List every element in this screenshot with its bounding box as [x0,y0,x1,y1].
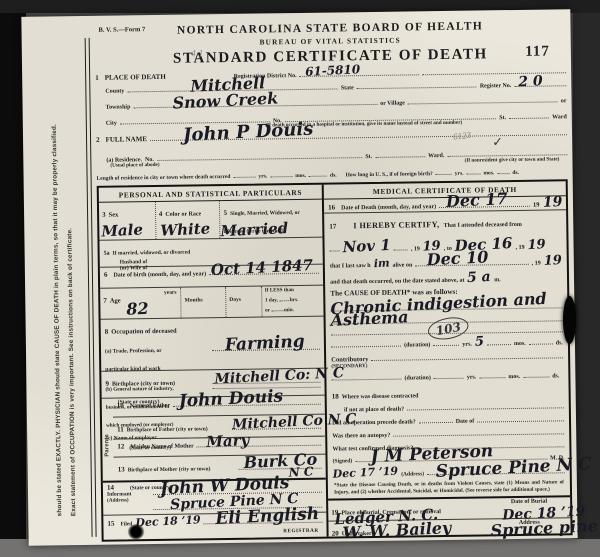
age-months-cell: Months [180,287,225,318]
state-label: State [341,85,354,91]
burial-date-label: Date of Burial [491,498,567,505]
occupation-label: Occupation of deceased [111,328,176,336]
form-number: B. V. S.—Form 7 [98,26,145,34]
duration-ds: ds. [556,340,563,346]
item-7-number: 7 [103,297,107,305]
residence-ward-line [447,147,567,157]
year-printed-2: , 19 [516,245,525,251]
mother-bp-value2: N C [289,468,314,479]
age-row: 7Age years 82 Months Days If LESS than 1… [100,286,324,320]
father-value: John Douis [179,391,284,410]
county-label: County [105,88,124,94]
dotted-line [497,166,509,174]
or-label: or [561,98,567,104]
place-of-death-section: 1 PLACE OF DEATH Registration District N… [95,65,568,183]
item-8-number: 8 [105,328,109,336]
dotted-line [436,167,452,175]
certificate-number-stamp: 117 [525,43,550,60]
dod-label: Date of Death (month, day, and year) [341,204,436,211]
dod-line: Dec 17 [439,199,530,208]
dotted-line [487,337,511,345]
father-bp-line: Mitchell Co N C [232,421,321,430]
certify-block: 17 I HEREBY CERTIFY, That I attended dec… [324,210,567,297]
age-min: min. [284,307,294,313]
dob-value: Oct 14 1847 [211,259,314,276]
parents-block: Parents 10 Name of Father John Douis 11B… [102,396,326,483]
signed-address-row: Dec 17 ’19 (Address) Spruce Pine N C [328,461,570,478]
village-line [408,94,558,104]
age-days-cell: Days [225,287,261,317]
contributory-line [371,350,563,361]
ds-label: ds. [330,172,337,178]
township-label: Township [106,104,131,110]
register-no-line: 2 0 [514,78,566,87]
signed-address-line: Spruce Pine N C [427,465,565,475]
dotted-line [270,169,292,177]
undertaker-cell: 20Undertaker W. W. Bailey [328,519,488,541]
year-printed-3: , 19 [532,260,541,266]
item-10-number: 10 [117,401,124,409]
last-seen-year: 19 [543,256,562,267]
sex-value: Male [101,223,143,237]
st-label: St. [499,115,506,121]
parents-vertical-label: Parents [104,434,110,457]
occupation-row: 8Occupation of deceased (a) Trade, Profe… [101,317,325,372]
ward-label: Ward [552,114,567,120]
duration-mos: mos. [514,341,526,347]
occupation-value: Farming [225,336,305,353]
certificate-body-table: PERSONAL AND STATISTICAL PARTICULARS 3Se… [97,179,573,542]
burial-place-cell: 19Place of Burial, Cremation, or removal… [328,498,488,520]
residence-ward-label: Ward. [428,153,444,159]
contributory-label: Contributory [331,356,368,364]
birthplace-label: Birthplace (city or town) [112,381,175,388]
age-days-label: Days [229,297,241,303]
registrar-label: REGISTRAR [283,528,318,534]
dotted-line [279,293,289,301]
item-5-number: 5 [223,209,227,217]
hour-of-death-value: 5 a [467,272,491,284]
marital2-line1: If married, widowed, or divorced [113,250,191,257]
him-written: im [373,259,389,269]
residence-line [157,150,363,161]
item-11-number: 11 [117,425,124,433]
dotted-line [434,370,464,378]
m-label: m. [494,277,501,283]
howlong-label: How long in U. S., if of foreign birth? [346,171,433,178]
last-seen-line: Dec 10 [415,256,529,266]
certificate-content: B. V. S.—Form 7 NORTH CAROLINA STATE BOA… [94,13,572,541]
dotted-line [529,337,553,345]
occurred-label: and that death occurred, on the date sta… [330,278,464,286]
informant-label-block: 14 Informant (Address) [107,483,151,514]
undertaker-value: W. W. Bailey [342,522,451,540]
mos-label-2: mos. [483,170,494,176]
father-bp-label: Birthplace of Father (city or town) [127,426,208,433]
mother-line: Mary [197,438,322,448]
sex-cell: 3Sex Male [99,202,155,240]
ds-label-2: ds. [512,170,519,176]
q18-line [407,400,564,410]
filed-date: Dec 18 ’19 [135,516,201,528]
scan-edge-blob [563,296,576,344]
item-4-number: 4 [159,210,163,218]
duration-label: (duration) [404,342,430,348]
burial-date-cell: Date of Burial Dec 18 ’19 [488,497,571,518]
age-or: or [265,307,270,313]
burial-row: 19Place of Burial, Cremation, or removal… [328,495,570,520]
medical-column: MEDICAL CERTIFICATE OF DEATH 16 Date of … [324,181,571,536]
marital-cell: 5Single, Married, Widowed, or Divorced (… [219,200,322,238]
dotted-line [309,169,327,177]
residence-st-label: St. [365,154,372,160]
state-line [357,80,477,90]
age-label: Age [110,297,121,304]
item-9-number: 9 [105,380,109,388]
registration-district-value: 61-5810 [305,66,360,78]
undertaker-address-value: Spruce pine [490,520,598,538]
registrar-signature: Eli English [215,508,319,527]
parents-rows: 10 Name of Father John Douis 11Birthplac… [113,396,326,481]
dotted-line [233,170,255,178]
certify-line4: and that death occurred, on the date sta… [330,271,562,285]
village-label: or Village [380,101,405,107]
certify-line1: 17 I HEREBY CERTIFY, That I attended dec… [329,213,561,234]
item-1-number: 1 [95,74,99,82]
item-6-number: 6 [104,271,108,279]
dotted-line [330,244,340,252]
scanned-death-certificate: should be stated EXACTLY. PHYSICIAN shou… [0,0,600,557]
occupation-a1: (a) Trade, Profession, or [105,348,162,355]
birthplace-line: Mitchell Co: N C [212,375,320,385]
informant-address-label: (Address) [107,497,151,504]
full-name-line: John P Douis [150,127,567,141]
saw2-label: alive on [392,262,412,268]
age-years-value: 82 [126,303,149,317]
dotted-line [394,243,408,251]
age-less-cell: If LESS than 1 day,hrs. ormin. [261,286,324,317]
contributory-block: Contributory (SECONDARY) (duration) yrs.… [326,347,568,382]
item-20-number: 20 [332,529,339,537]
mother-bp-line: Burk CoN C [239,461,322,470]
duration-value: 5 [475,337,485,348]
item-5a-number: 5a [104,251,110,257]
q18-line1: Where was disease contracted [342,393,419,400]
undertaker-address-cell: Address Spruce pine [488,518,571,539]
pencil-mark: 4 1 [191,48,204,59]
dotted-line [466,166,480,174]
certify-attended: That I attended deceased from [444,222,522,229]
certify-lead: I HEREBY CERTIFY, [353,220,439,230]
sex-label: Sex [109,212,119,219]
register-no-label: Register No. [480,83,512,89]
last-seen-value: Dec 10 [426,251,488,267]
age-hrs: hrs. [290,297,299,303]
item-17-number: 17 [329,223,336,231]
certificate-paper: should be stated EXACTLY. PHYSICIAN shou… [21,9,577,546]
age-years-label: years [164,290,177,296]
dotted-line [271,303,283,311]
township-value: Snow Creek [172,93,278,111]
dotted-line [422,65,566,75]
item-13-number: 13 [118,465,125,473]
item-18-number: 18 [332,392,339,400]
dotted-line [523,369,549,377]
signature-date: Dec 17 ’19 [333,467,399,479]
year-printed-1: , 19 [411,247,420,253]
father-label: Name of Father [130,403,170,410]
father-line: John Douis [173,397,321,407]
dotted-line [331,371,401,380]
margin-instruction-line1: should be stated EXACTLY. PHYSICIAN shou… [51,124,63,516]
personal-column: PERSONAL AND STATISTICAL PARTICULARS 3Se… [99,185,329,540]
abode-note: (Usual place of abode) [110,162,159,169]
st-line [509,110,549,119]
attended-from-value: Nov 1 [342,239,391,253]
dod-year-written: 19 [542,197,562,209]
margin-instruction-line2: Exact statement of OCCUPATION is very im… [66,228,77,516]
dotted-line [419,414,453,422]
full-name-label: FULL NAME [106,135,148,144]
age-months-label: Months [185,297,203,303]
cause-of-death-block: Chronic indigestion and Asthema 103 (dur… [325,294,568,350]
ink-blot [127,524,144,539]
yrs-label: yrs. [258,173,267,179]
yrs-label-2: yrs. [455,171,464,177]
filed-line: Eli English [204,515,323,525]
item-3-number: 3 [102,211,106,219]
faint-scribble: 6123 [453,130,472,142]
place-of-death-label: PLACE OF DEATH [105,73,166,82]
operation-date-line [477,413,564,422]
disease-contracted-block: 18Where was disease contracted if not at… [327,379,569,413]
dotted-line [479,370,505,378]
dod-value: Dec 17 [446,193,508,209]
nonresident-note: (If nonresident give city or town and St… [465,156,560,163]
duration-yrs: yrs. [462,342,472,348]
race-cell: 4Color or Race White [155,201,220,239]
marital-value: Married [221,222,289,237]
autopsy-line [393,426,564,436]
certify-line3: that I last saw h im alive on Dec 10 , 1… [330,256,562,270]
length-label: Length of residence in city or town wher… [97,174,231,182]
item-2-number: 2 [96,136,100,144]
residence-st-line [375,149,425,158]
mother-value: Mary [206,434,249,448]
filed-row: 15 Filed Dec 18 ’19 Eli English REGISTRA… [103,513,326,540]
dob-label: Date of birth (month, day, and year) [113,271,206,278]
dotted-line [331,339,401,348]
register-no-value: 2 0 [518,76,543,88]
race-label: Color or Race [165,211,201,217]
city-label: City [106,121,117,127]
mother-label: Maiden Name of Mother [130,443,194,450]
undertaker-row: 20Undertaker W. W. Bailey Address Spruce… [328,517,570,541]
age-cell: 7Age years 82 [100,288,181,319]
saw1-label: that I last saw h [330,263,371,270]
dod-year-printed: 19 [533,202,540,209]
mos-label: mos. [295,173,306,179]
registration-district-line: 61-5810 [299,67,419,77]
dob-line: Oct 14 1847 [209,266,319,276]
mother-bp-label: Birthplace of Mother (city or town) [128,466,211,473]
item-15-number: 15 [107,520,114,528]
full-name-value: John P Douis [183,122,314,143]
occupation-line: Farming [212,342,320,352]
attended-to-year: 19 [527,240,546,251]
item-12-number: 12 [117,442,124,450]
birthplace-value: Mitchell Co: N C [214,368,344,386]
item-16-number: 16 [328,203,335,211]
sex-race-marital-row: 3Sex Male 4Color or Race White 5Single, … [99,200,323,241]
race-value: White [160,222,210,236]
